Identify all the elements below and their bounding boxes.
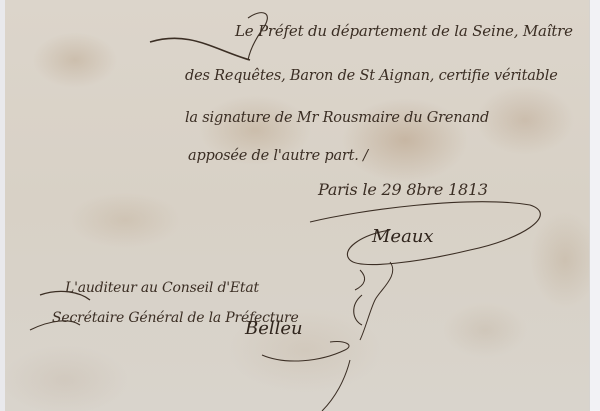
text-line-prefect-title: Le Préfet du département de la Seine, Ma… bbox=[235, 22, 573, 40]
prefect-signature: Meaux bbox=[372, 226, 434, 247]
text-line-auditor: L'auditeur au Conseil d'Etat bbox=[65, 280, 259, 296]
document-paper bbox=[5, 0, 590, 411]
text-line-signature-of: la signature de Mr Rousmaire du Grenand bbox=[185, 110, 489, 126]
text-line-baron: des Requêtes, Baron de St Aignan, certif… bbox=[185, 68, 558, 84]
secretary-signature: Belleu bbox=[245, 318, 303, 339]
right-page-margin bbox=[589, 0, 600, 411]
text-line-affixed: apposée de l'autre part. / bbox=[188, 148, 368, 164]
text-line-date: Paris le 29 8bre 1813 bbox=[318, 180, 488, 199]
